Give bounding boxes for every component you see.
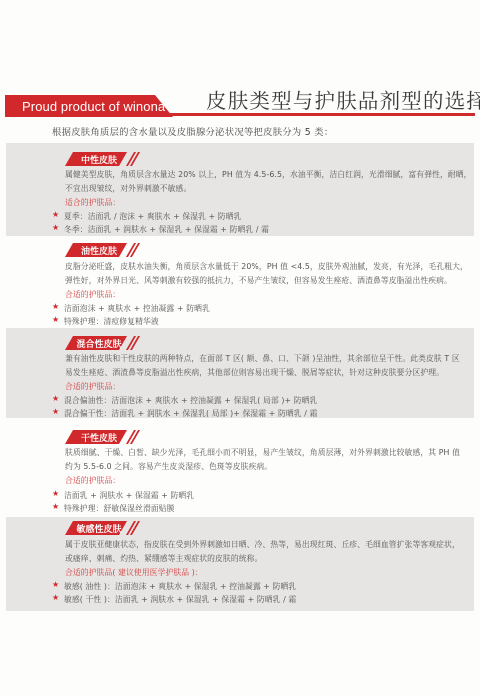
section-tag-combination: 混合性皮肤 bbox=[60, 336, 138, 350]
description-line: 易发生痤疮、酒渣鼻等皮脂溢出性疾病，其他部位则容易出现干燥、脱屑等症状，针对这种… bbox=[65, 367, 444, 378]
intro-text: 根据皮肤角质层的含水量以及皮脂腺分泌状况等把皮肤分为 5 类： bbox=[52, 124, 333, 138]
star-icon: ★ bbox=[52, 407, 59, 416]
product-item: 敏感( 干性 )：洁面乳 + 润肤水 + 保湿乳 + 保湿霜 + 防晒乳 / 霜 bbox=[64, 594, 296, 605]
star-icon: ★ bbox=[52, 593, 59, 602]
star-icon: ★ bbox=[52, 502, 59, 511]
section-tag-dry: 干性皮肤 bbox=[60, 430, 138, 444]
page-title: 皮肤类型与护肤品剂型的选择 bbox=[206, 84, 480, 114]
star-icon: ★ bbox=[52, 580, 59, 589]
suitable-products-label: 合适的护肤品： bbox=[65, 475, 120, 486]
suitable-products-label: 合适的护肤品： bbox=[65, 381, 120, 392]
description-line: 属于皮肤亚健康状态，指皮肤在受到外界刺激如日晒、冷、热等，易出现红斑、丘疹、毛细… bbox=[65, 539, 460, 550]
description-line: 属健美型皮肤，角质层含水量达 20% 以上，PH 值为 4.5-6.5，水油平衡… bbox=[65, 169, 472, 180]
star-icon: ★ bbox=[52, 394, 59, 403]
product-item: 混合偏油性：洁面泡沫 + 爽肤水 + 控油凝露 + 保湿乳( 局部 )+ 防晒乳 bbox=[64, 395, 317, 406]
section-tag-label: 干性皮肤 bbox=[74, 431, 124, 444]
description-line: 不宜出现皱纹，对外界刺激不敏感。 bbox=[65, 183, 191, 194]
description-line: 皮脂分泌旺盛，皮肤水油失衡，角质层含水量低于 20%，PH 值 <4.5，皮肤外… bbox=[65, 261, 468, 272]
product-item: 特殊护理：舒敏保湿丝滑面贴膜 bbox=[64, 503, 175, 514]
star-icon: ★ bbox=[52, 223, 59, 232]
brand-tagline: Proud product of winona bbox=[22, 99, 165, 114]
product-item: 洁面乳 + 润肤水 + 保湿霜 + 防晒乳 bbox=[64, 490, 194, 501]
description-line: 兼有油性皮肤和干性皮肤的两种特点，在面部 T 区( 额、鼻、口、下颌 )呈油性，… bbox=[65, 353, 460, 364]
product-item: 夏季：洁面乳 / 泡沫 + 爽肤水 + 保湿乳 + 防晒乳 bbox=[64, 211, 242, 222]
section-tag-label: 中性皮肤 bbox=[74, 153, 124, 166]
section-tag-label: 混合性皮肤 bbox=[74, 337, 124, 350]
section-tag-oily: 油性皮肤 bbox=[60, 243, 138, 257]
description-line: 肤质细腻、干燥、白皙、缺少光泽，毛孔细小而不明显，易产生皱纹，角质层薄，对外界刺… bbox=[65, 447, 460, 458]
description-line: 或瘙痒、刺痛、灼热、紧绷感等主观症状的皮肤的统称。 bbox=[65, 553, 262, 564]
star-icon: ★ bbox=[52, 315, 59, 324]
star-icon: ★ bbox=[52, 210, 59, 219]
product-item: 冬季：洁面乳 + 润肤水 + 保湿乳 + 保湿霜 + 防晒乳 / 霜 bbox=[64, 224, 269, 235]
suitable-products-label: 合适的护肤品( 建议使用医学护肤品 )： bbox=[65, 567, 203, 578]
section-tag-label: 敏感性皮肤 bbox=[74, 522, 124, 535]
product-item: 特殊护理：清痘修复精华液 bbox=[64, 316, 159, 327]
description-line: 约为 5.5-6.0 之间。容易产生皮炎湿疹、色斑等皮肤疾病。 bbox=[65, 461, 272, 472]
star-icon: ★ bbox=[52, 302, 59, 311]
section-tag-sensitive: 敏感性皮肤 bbox=[60, 521, 138, 535]
suitable-products-label: 适合的护肤品： bbox=[65, 197, 120, 208]
section-tag-neutral: 中性皮肤 bbox=[60, 152, 138, 166]
suitable-products-label: 合适的护肤品： bbox=[65, 289, 120, 300]
description-line: 弹性好，对外界日光、风等刺激有较强的抵抗力，不易产生皱纹，但容易发生痤疮、酒渣鼻… bbox=[65, 275, 452, 286]
section-tag-label: 油性皮肤 bbox=[74, 244, 124, 257]
product-item: 敏感( 油性 )：洁面泡沫 + 爽肤水 + 保湿乳 + 控油凝露 + 防晒乳 bbox=[64, 581, 296, 592]
star-icon: ★ bbox=[52, 489, 59, 498]
product-item: 洁面泡沫 + 爽肤水 + 控油凝露 + 防晒乳 bbox=[64, 303, 210, 314]
